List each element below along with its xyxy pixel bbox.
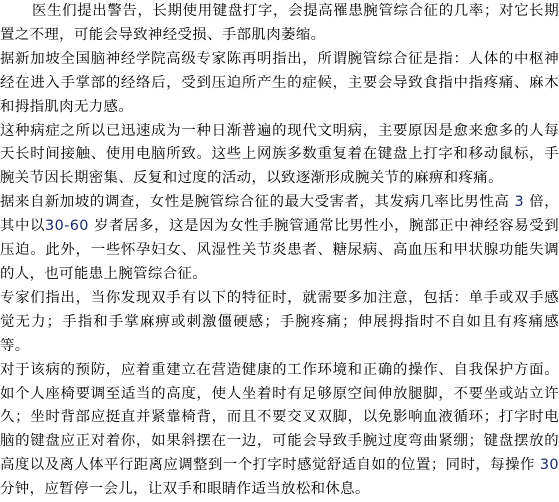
number-highlight: 30-60 bbox=[45, 218, 89, 234]
paragraph: 对于该病的预防，应着重建立在营造健康的工作环境和正确的操作、自我保护方面。如个人… bbox=[0, 359, 559, 435]
paragraph: 据新加坡全国脑神经学院高级专家陈再明指出，所谓腕管综合征是指：人体的中枢神经在进… bbox=[0, 48, 559, 120]
paragraph-text: 这种病症之所以已迅速成为一种日渐普遍的现代文明病，主要原因是愈来愈多的人每天长时… bbox=[0, 123, 559, 187]
paragraph: 据来自新加坡的调查，女性是腕管综合征的最大受害者，其发病几率比男性高 3 倍，其… bbox=[0, 191, 559, 287]
paragraph-text: 对于该病的预防，应着重建立在营造健康的工作环境和正确的操作、自我保护方面。如个人… bbox=[0, 362, 559, 435]
number-highlight: 3 bbox=[515, 194, 525, 210]
paragraph: 专家们指出，当你发现双手有以下的特征时，就需要多加注意，包括：单手或双手感觉无力… bbox=[0, 287, 559, 359]
paragraph-text: 专家们指出，当你发现双手有以下的特征时，就需要多加注意，包括：单手或双手感觉无力… bbox=[0, 290, 559, 354]
article-body: 医生们提出警告，长期使用键盘打字，会提高罹患腕管综合征的几率；对它长期置之不理，… bbox=[0, 0, 559, 435]
paragraph: 医生们提出警告，长期使用键盘打字，会提高罹患腕管综合征的几率；对它长期置之不理，… bbox=[0, 0, 559, 48]
paragraph-text: 据来自新加坡的调查，女性是腕管综合征的最大受害者，其发病几率比男性高 bbox=[0, 194, 515, 210]
paragraph-text: 医生们提出警告，长期使用键盘打字，会提高罹患腕管综合征的几率；对它长期置之不理，… bbox=[0, 3, 559, 43]
paragraph: 这种病症之所以已迅速成为一种日渐普遍的现代文明病，主要原因是愈来愈多的人每天长时… bbox=[0, 120, 559, 192]
paragraph-text: 据新加坡全国脑神经学院高级专家陈再明指出，所谓腕管综合征是指：人体的中枢神经在进… bbox=[0, 51, 559, 115]
